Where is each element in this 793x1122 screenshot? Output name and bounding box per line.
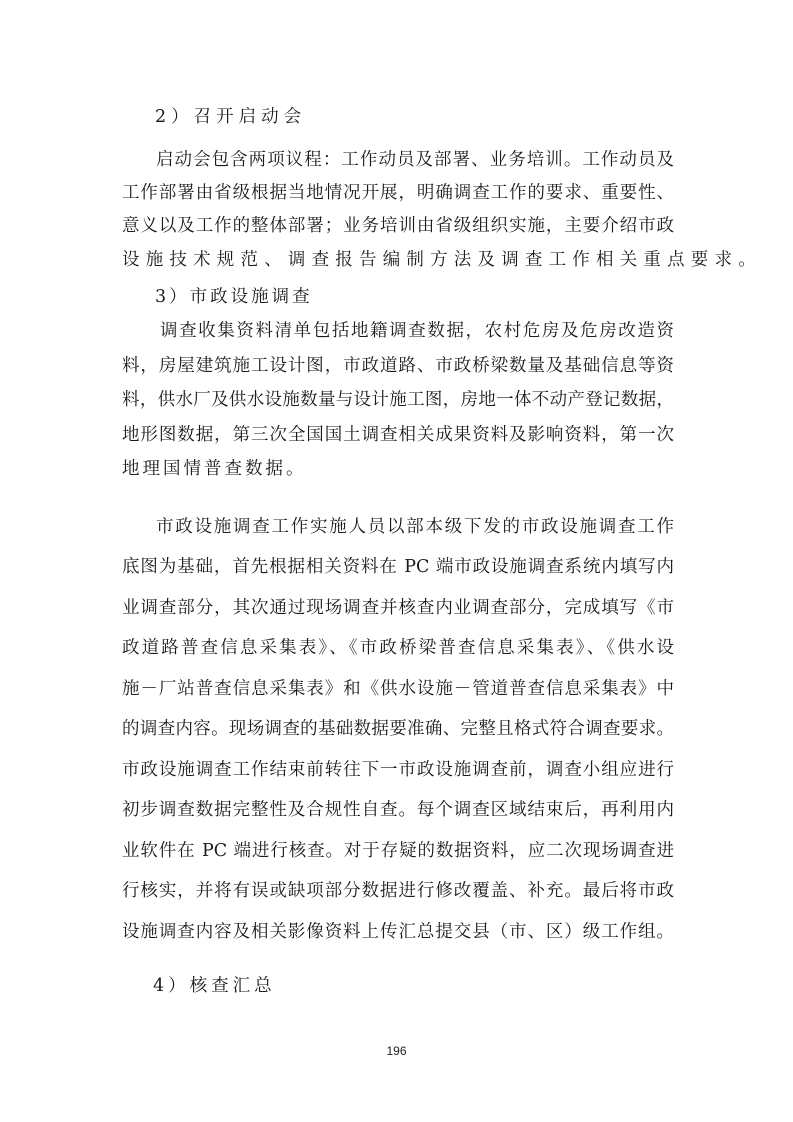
page-number: 196 (0, 1044, 793, 1058)
paragraph-line: 料，供水厂及供水设施数量与设计施工图，房地一体不动产登记数据， (122, 389, 674, 411)
paragraph-line: 初步调查数据完整性及合规性自查。每个调查区域结束后，再利用内 (122, 799, 674, 821)
paragraph-line: 业软件在 PC 端进行核查。对于存疑的数据资料，应二次现场调查进 (122, 840, 674, 862)
paragraph-line: 市政设施调查工作实施人员以部本级下发的市政设施调查工作 (156, 516, 674, 538)
paragraph-line: 工作部署由省级根据当地情况开展，明确调查工作的要求、重要性、 (122, 182, 674, 204)
paragraph-line: 市政设施调查工作结束前转往下一市政设施调查前，调查小组应进行 (122, 759, 674, 781)
paragraph-line: 地理国情普查数据。 (122, 458, 674, 480)
paragraph-line: 业调查部分，其次通过现场调查并核查内业调查部分，完成填写《市 (122, 597, 674, 619)
paragraph-line: 设施技术规范、调查报告编制方法及调查工作相关重点要求。 (122, 249, 674, 271)
paragraph-line: 意义以及工作的整体部署；业务培训由省级组织实施，主要介绍市政 (122, 215, 674, 237)
section-heading-municipal-survey: 3）市政设施调查 (155, 286, 313, 308)
section-heading-review-summary: 4）核查汇总 (153, 975, 276, 997)
paragraph-line: 政道路普查信息采集表》、《市政桥梁普查信息采集表》、《供水设 (122, 637, 674, 659)
paragraph-line: 行核实，并将有误或缺项部分数据进行修改覆盖、补充。最后将市政 (122, 880, 674, 902)
paragraph-line: 设施调查内容及相关影像资料上传汇总提交县（市、区）级工作组。 (122, 921, 674, 943)
section-heading-kickoff-meeting: 2）召开启动会 (155, 106, 306, 128)
paragraph-line: 料，房屋建筑施工设计图，市政道路、市政桥梁数量及基础信息等资 (122, 355, 674, 377)
paragraph-line: 底图为基础，首先根据相关资料在 PC 端市政设施调查系统内填写内 (122, 556, 674, 578)
paragraph-line: 地形图数据，第三次全国国土调查相关成果资料及影响资料，第一次 (122, 424, 674, 446)
paragraph-line: 施－厂站普查信息采集表》和《供水设施－管道普查信息采集表》中 (122, 678, 674, 700)
paragraph-line: 调查收集资料清单包括地籍调查数据，农村危房及危房改造资 (160, 320, 674, 342)
document-page: 2）召开启动会 启动会包含两项议程：工作动员及部署、业务培训。工作动员及 工作部… (0, 0, 793, 1122)
paragraph-line: 启动会包含两项议程：工作动员及部署、业务培训。工作动员及 (156, 149, 674, 171)
paragraph-line: 的调查内容。现场调查的基础数据要准确、完整且格式符合调查要求。 (122, 718, 674, 740)
